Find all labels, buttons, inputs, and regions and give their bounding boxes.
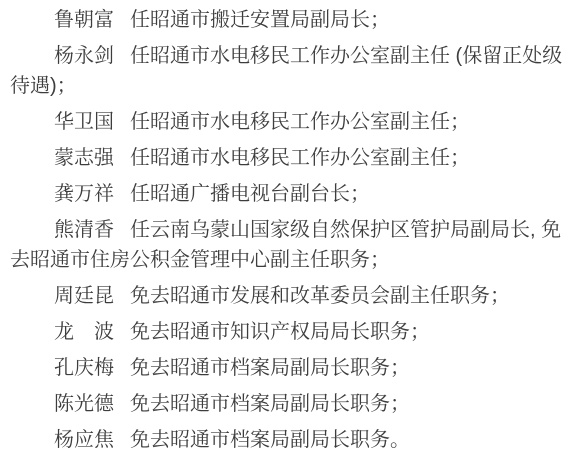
appointment-entry: 龙 波免去昭通市知识产权局局长职务；: [10, 317, 568, 347]
appointment-text: 任昭通市水电移民工作办公室副主任；: [130, 111, 470, 133]
appointment-text: 免去昭通市知识产权局局长职务；: [130, 321, 430, 343]
appointment-entry: 鲁朝富任昭通市搬迁安置局副局长；: [10, 5, 568, 35]
appointment-entry: 华卫国任昭通市水电移民工作办公室副主任；: [10, 107, 568, 137]
person-name: 周廷昆: [54, 285, 114, 307]
appointment-text: 免去昭通市发展和改革委员会副主任职务；: [130, 285, 510, 307]
person-name: 龙 波: [54, 321, 114, 343]
person-name: 陈光德: [54, 393, 114, 415]
person-name: 华卫国: [54, 111, 114, 133]
person-name: 蒙志强: [54, 147, 114, 169]
person-name: 熊清香: [54, 219, 114, 241]
appointment-text: 免去昭通市档案局副局长职务；: [130, 393, 410, 415]
appointment-entry: 杨应焦免去昭通市档案局副局长职务。: [10, 425, 568, 455]
appointment-text: 免去昭通市档案局副局长职务；: [130, 357, 410, 379]
appointment-entry: 孔庆梅免去昭通市档案局副局长职务；: [10, 353, 568, 383]
person-name: 鲁朝富: [54, 9, 114, 31]
appointment-text: 任昭通广播电视台副台长；: [130, 183, 370, 205]
appointment-text: 免去昭通市档案局副局长职务。: [130, 429, 410, 451]
person-name: 龚万祥: [54, 183, 114, 205]
appointment-entry: 熊清香任云南乌蒙山国家级自然保护区管护局副局长, 免去昭通市住房公积金管理中心副…: [10, 215, 568, 275]
person-name: 杨永剑: [54, 45, 114, 67]
appointment-notice-document: 鲁朝富任昭通市搬迁安置局副局长； 杨永剑任昭通市水电移民工作办公室副主任 (保留…: [0, 0, 576, 461]
person-name: 杨应焦: [54, 429, 114, 451]
appointment-text: 任昭通市水电移民工作办公室副主任；: [130, 147, 470, 169]
appointment-entry: 杨永剑任昭通市水电移民工作办公室副主任 (保留正处级待遇)；: [10, 41, 568, 101]
appointment-entry: 陈光德免去昭通市档案局副局长职务；: [10, 389, 568, 419]
appointment-entry: 蒙志强任昭通市水电移民工作办公室副主任；: [10, 143, 568, 173]
appointment-entry: 周廷昆免去昭通市发展和改革委员会副主任职务；: [10, 281, 568, 311]
person-name: 孔庆梅: [54, 357, 114, 379]
appointment-entry: 龚万祥任昭通广播电视台副台长；: [10, 179, 568, 209]
appointment-text: 任昭通市搬迁安置局副局长；: [130, 9, 390, 31]
